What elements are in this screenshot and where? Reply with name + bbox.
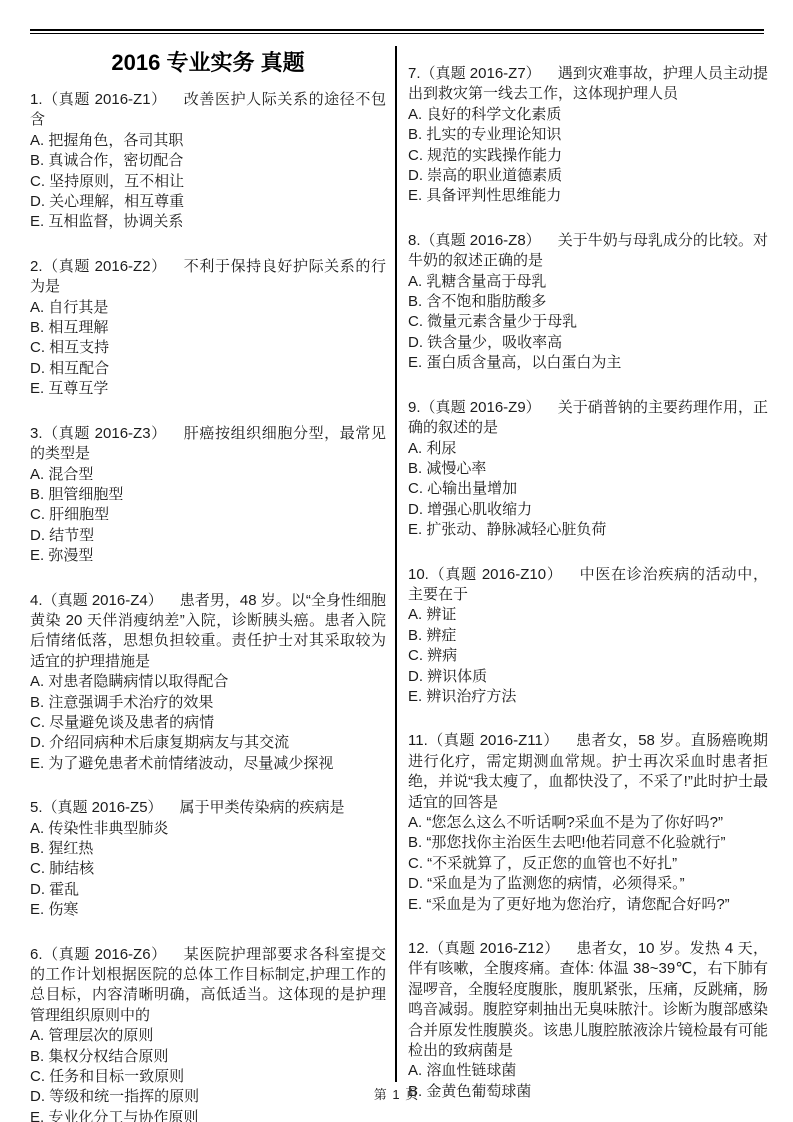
question-option: A. 对患者隐瞒病情以取得配合 bbox=[30, 672, 386, 692]
question-option: D. 相互配合 bbox=[30, 359, 386, 379]
question-stem: 6.（真题 2016-Z6）某医院护理部要求各科室提交的工作计划根据医院的总体工… bbox=[30, 945, 386, 1027]
question-option: E. 互尊互学 bbox=[30, 379, 386, 399]
question-option: A. “您怎么这么不听话啊?采血不是为了你好吗?” bbox=[408, 813, 768, 833]
right-column: 7.（真题 2016-Z7）遇到灾难事故，护理人员主动提出到救灾第一线去工作，这… bbox=[397, 42, 768, 1102]
title-double-rule bbox=[30, 29, 764, 34]
question-option: E. “采血是为了更好地为您治疗，请您配合好吗?” bbox=[408, 895, 768, 915]
question-block: 3.（真题 2016-Z3）肝癌按组织细胞分型，最常见的类型是A. 混合型B. … bbox=[30, 424, 386, 567]
question-option: A. 乳糖含量高于母乳 bbox=[408, 272, 768, 292]
question-number-label: 12.（真题 2016-Z12） bbox=[408, 940, 560, 957]
question-option: E. 互相监督，协调关系 bbox=[30, 212, 386, 232]
question-option: A. 传染性非典型肺炎 bbox=[30, 819, 386, 839]
question-number-label: 9.（真题 2016-Z9） bbox=[408, 399, 541, 416]
question-stem: 7.（真题 2016-Z7）遇到灾难事故，护理人员主动提出到救灾第一线去工作，这… bbox=[408, 64, 768, 105]
question-block: 5.（真题 2016-Z5）属于甲类传染病的疾病是A. 传染性非典型肺炎B. 猩… bbox=[30, 798, 386, 920]
question-option: A. 管理层次的原则 bbox=[30, 1026, 386, 1046]
question-number-label: 5.（真题 2016-Z5） bbox=[30, 799, 163, 816]
question-stem: 8.（真题 2016-Z8）关于牛奶与母乳成分的比较。对牛奶的叙述正确的是 bbox=[408, 231, 768, 272]
page-footer: 第 1 页 bbox=[0, 1084, 793, 1103]
question-number-label: 7.（真题 2016-Z7） bbox=[408, 65, 541, 82]
question-option: E. 扩张动、静脉减轻心脏负荷 bbox=[408, 520, 768, 540]
question-number-label: 8.（真题 2016-Z8） bbox=[408, 232, 541, 249]
question-list-left: 1.（真题 2016-Z1）改善医护人际关系的途径不包含A. 把握角色，各司其职… bbox=[30, 90, 386, 1122]
question-option: B. 猩红热 bbox=[30, 839, 386, 859]
question-option: C. 心输出量增加 bbox=[408, 479, 768, 499]
question-block: 12.（真题 2016-Z12）患者女，10 岁。发热 4 天，伴有咳嗽，全腹疼… bbox=[408, 939, 768, 1102]
question-option: D. 增强心肌收缩力 bbox=[408, 500, 768, 520]
question-option: C. 尽量避免谈及患者的病情 bbox=[30, 713, 386, 733]
question-block: 2.（真题 2016-Z2）不利于保持良好护际关系的行为是A. 自行其是B. 相… bbox=[30, 257, 386, 400]
question-option: E. 具备评判性思维能力 bbox=[408, 186, 768, 206]
question-block: 7.（真题 2016-Z7）遇到灾难事故，护理人员主动提出到救灾第一线去工作，这… bbox=[408, 64, 768, 207]
question-block: 11.（真题 2016-Z11）患者女，58 岁。直肠癌晚期进行化疗，需定期测血… bbox=[408, 731, 768, 915]
question-option: A. 把握角色，各司其职 bbox=[30, 131, 386, 151]
question-option: D. “采血是为了监测您的病情，必须得采。” bbox=[408, 874, 768, 894]
question-number-label: 3.（真题 2016-Z3） bbox=[30, 425, 167, 442]
question-option: D. 霍乱 bbox=[30, 880, 386, 900]
left-column: 2016 专业实务 真题 1.（真题 2016-Z1）改善医护人际关系的途径不包… bbox=[30, 42, 386, 1122]
question-option: B. 真诚合作，密切配合 bbox=[30, 151, 386, 171]
question-option: E. 辨识治疗方法 bbox=[408, 687, 768, 707]
question-option: C. 肺结核 bbox=[30, 859, 386, 879]
question-block: 4.（真题 2016-Z4）患者男，48 岁。以“全身性细胞黄染 20 天伴消瘦… bbox=[30, 591, 386, 775]
question-option: A. 良好的科学文化素质 bbox=[408, 105, 768, 125]
question-number-label: 1.（真题 2016-Z1） bbox=[30, 91, 167, 108]
question-stem: 3.（真题 2016-Z3）肝癌按组织细胞分型，最常见的类型是 bbox=[30, 424, 386, 465]
question-stem: 2.（真题 2016-Z2）不利于保持良好护际关系的行为是 bbox=[30, 257, 386, 298]
question-stem: 9.（真题 2016-Z9）关于硝普钠的主要药理作用，正确的叙述的是 bbox=[408, 398, 768, 439]
question-option: A. 溶血性链球菌 bbox=[408, 1061, 768, 1081]
question-option: B. 辨症 bbox=[408, 626, 768, 646]
question-text: 属于甲类传染病的疾病是 bbox=[180, 799, 345, 816]
question-number-label: 6.（真题 2016-Z6） bbox=[30, 946, 167, 963]
question-option: E. 为了避免患者术前情绪波动，尽量减少探视 bbox=[30, 754, 386, 774]
question-option: D. 铁含量少，吸收率高 bbox=[408, 333, 768, 353]
question-option: E. 伤寒 bbox=[30, 900, 386, 920]
question-option: D. 结节型 bbox=[30, 526, 386, 546]
question-option: B. “那您找你主治医生去吧!他若同意不化验就行” bbox=[408, 833, 768, 853]
question-option: C. 相互支持 bbox=[30, 338, 386, 358]
question-number-label: 4.（真题 2016-Z4） bbox=[30, 592, 163, 609]
question-option: C. 肝细胞型 bbox=[30, 505, 386, 525]
question-option: B. 注意强调手术治疗的效果 bbox=[30, 693, 386, 713]
page-content: 2016 专业实务 真题 1.（真题 2016-Z1）改善医护人际关系的途径不包… bbox=[30, 42, 770, 1122]
question-option: B. 胆管细胞型 bbox=[30, 485, 386, 505]
question-option: E. 弥漫型 bbox=[30, 546, 386, 566]
question-list-right: 7.（真题 2016-Z7）遇到灾难事故，护理人员主动提出到救灾第一线去工作，这… bbox=[408, 64, 768, 1102]
question-stem: 1.（真题 2016-Z1）改善医护人际关系的途径不包含 bbox=[30, 90, 386, 131]
page-title: 2016 专业实务 真题 bbox=[30, 50, 386, 76]
question-option: A. 辨证 bbox=[408, 605, 768, 625]
question-option: C. 辨病 bbox=[408, 646, 768, 666]
question-option: A. 混合型 bbox=[30, 465, 386, 485]
question-option: C. 坚持原则，互不相让 bbox=[30, 172, 386, 192]
question-option: D. 关心理解，相互尊重 bbox=[30, 192, 386, 212]
question-text: 患者女，10 岁。发热 4 天，伴有咳嗽，全腹疼痛。查体: 体温 38~39℃，… bbox=[408, 940, 768, 1059]
question-option: B. 相互理解 bbox=[30, 318, 386, 338]
question-option: D. 介绍同病种术后康复期病友与其交流 bbox=[30, 733, 386, 753]
question-option: C. “不采就算了，反正您的血管也不好扎” bbox=[408, 854, 768, 874]
question-option: C. 微量元素含量少于母乳 bbox=[408, 312, 768, 332]
document-page: 2016 专业实务 真题 1.（真题 2016-Z1）改善医护人际关系的途径不包… bbox=[0, 0, 793, 1122]
question-block: 8.（真题 2016-Z8）关于牛奶与母乳成分的比较。对牛奶的叙述正确的是A. … bbox=[408, 231, 768, 374]
question-number-label: 10.（真题 2016-Z10） bbox=[408, 566, 563, 583]
question-option: B. 扎实的专业理论知识 bbox=[408, 125, 768, 145]
question-option: D. 崇高的职业道德素质 bbox=[408, 166, 768, 186]
question-option: A. 自行其是 bbox=[30, 298, 386, 318]
question-block: 1.（真题 2016-Z1）改善医护人际关系的途径不包含A. 把握角色，各司其职… bbox=[30, 90, 386, 233]
question-option: E. 专业化分工与协作原则 bbox=[30, 1108, 386, 1122]
question-number-label: 11.（真题 2016-Z11） bbox=[408, 732, 559, 749]
question-stem: 4.（真题 2016-Z4）患者男，48 岁。以“全身性细胞黄染 20 天伴消瘦… bbox=[30, 591, 386, 673]
question-number-label: 2.（真题 2016-Z2） bbox=[30, 258, 167, 275]
question-option: B. 含不饱和脂肪酸多 bbox=[408, 292, 768, 312]
question-block: 9.（真题 2016-Z9）关于硝普钠的主要药理作用，正确的叙述的是A. 利尿B… bbox=[408, 398, 768, 541]
question-block: 10.（真题 2016-Z10）中医在诊治疾病的活动中，主要在于A. 辨证B. … bbox=[408, 565, 768, 708]
question-option: E. 蛋白质含量高，以白蛋白为主 bbox=[408, 353, 768, 373]
question-option: A. 利尿 bbox=[408, 439, 768, 459]
question-stem: 11.（真题 2016-Z11）患者女，58 岁。直肠癌晚期进行化疗，需定期测血… bbox=[408, 731, 768, 813]
question-option: B. 减慢心率 bbox=[408, 459, 768, 479]
question-stem: 5.（真题 2016-Z5）属于甲类传染病的疾病是 bbox=[30, 798, 386, 818]
question-stem: 12.（真题 2016-Z12）患者女，10 岁。发热 4 天，伴有咳嗽，全腹疼… bbox=[408, 939, 768, 1061]
question-stem: 10.（真题 2016-Z10）中医在诊治疾病的活动中，主要在于 bbox=[408, 565, 768, 606]
question-option: B. 集权分权结合原则 bbox=[30, 1047, 386, 1067]
question-option: C. 规范的实践操作能力 bbox=[408, 146, 768, 166]
question-option: D. 辨识体质 bbox=[408, 667, 768, 687]
